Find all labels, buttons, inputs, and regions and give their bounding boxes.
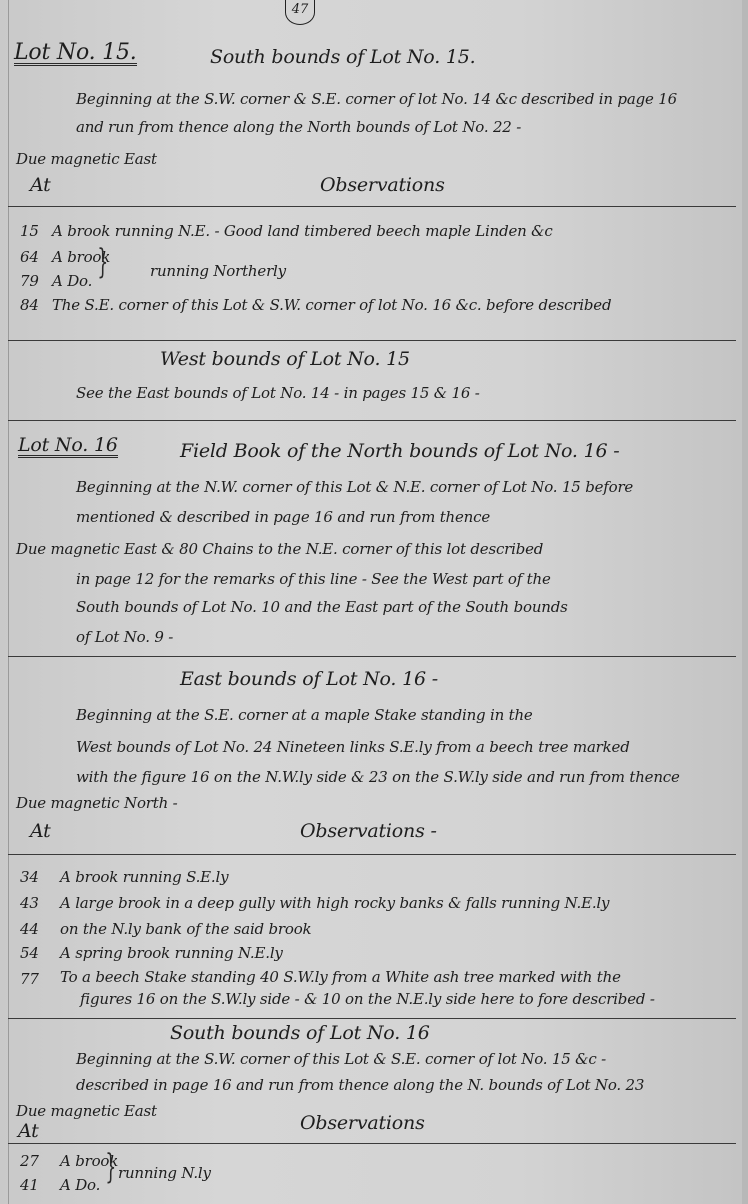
brace-note: running Northerly: [150, 262, 286, 280]
description-line: of Lot No. 9 -: [76, 628, 173, 646]
row-observation: A brook running S.E.ly: [60, 868, 228, 886]
section-title: South bounds of Lot No. 15.: [210, 48, 476, 66]
description-line: Due magnetic East & 80 Chains to the N.E…: [16, 540, 543, 558]
lot-label: Lot No. 15.: [14, 44, 137, 66]
row-at: 54: [20, 944, 39, 962]
row-at: 64: [20, 248, 39, 266]
description-line: Beginning at the S.E. corner at a maple …: [76, 706, 533, 724]
course-label: Due magnetic North -: [16, 794, 177, 812]
row-observation: figures 16 on the S.W.ly side - & 10 on …: [80, 990, 655, 1008]
row-at: 43: [20, 894, 39, 912]
description-line: Beginning at the N.W. corner of this Lot…: [76, 478, 633, 496]
row-at: 27: [20, 1152, 39, 1170]
row-at: 34: [20, 868, 39, 886]
divider: [8, 1018, 736, 1019]
row-observation: A Do.: [60, 1176, 100, 1194]
lot-label: Lot No. 16: [18, 436, 118, 458]
description-line: and run from thence along the North boun…: [76, 118, 521, 136]
description-line: with the figure 16 on the N.W.ly side & …: [76, 768, 680, 786]
column-header-at: At: [30, 822, 51, 840]
course-label: Due magnetic East: [16, 1102, 157, 1120]
column-header-at: At: [18, 1122, 39, 1140]
row-observation: To a beech Stake standing 40 S.W.ly from…: [60, 968, 621, 986]
description-line: See the East bounds of Lot No. 14 - in p…: [76, 384, 480, 402]
description-line: South bounds of Lot No. 10 and the East …: [76, 598, 568, 616]
course-label: Due magnetic East: [16, 150, 157, 168]
row-at: 41: [20, 1176, 39, 1194]
section-title: Field Book of the North bounds of Lot No…: [180, 442, 619, 460]
row-observation: A spring brook running N.E.ly: [60, 944, 283, 962]
column-header-observations: Observations: [300, 1114, 425, 1132]
row-observation: The S.E. corner of this Lot & S.W. corne…: [52, 296, 611, 314]
description-line: Beginning at the S.W. corner & S.E. corn…: [76, 90, 677, 108]
brace-icon: }: [97, 245, 108, 279]
divider: [8, 854, 736, 855]
row-observation: A large brook in a deep gully with high …: [60, 894, 609, 912]
row-at: 44: [20, 920, 39, 938]
row-observation: A brook running N.E. - Good land timbere…: [52, 222, 553, 240]
description-line: described in page 16 and run from thence…: [76, 1076, 644, 1094]
brace-note: running N.ly: [118, 1164, 211, 1182]
row-at: 79: [20, 272, 39, 290]
row-at: 77: [20, 970, 39, 988]
description-line: in page 12 for the remarks of this line …: [76, 570, 551, 588]
divider: [8, 1143, 736, 1144]
row-observation: A Do.: [52, 272, 92, 290]
brace-icon: }: [105, 1150, 116, 1184]
row-at: 15: [20, 222, 39, 240]
section-title: West bounds of Lot No. 15: [160, 350, 410, 368]
column-header-observations: Observations: [320, 176, 445, 194]
description-line: West bounds of Lot No. 24 Nineteen links…: [76, 738, 630, 756]
column-header-observations: Observations -: [300, 822, 437, 840]
section-title: East bounds of Lot No. 16 -: [180, 670, 438, 688]
divider: [8, 206, 736, 207]
description-line: mentioned & described in page 16 and run…: [76, 508, 490, 526]
divider: [8, 420, 736, 421]
description-line: Beginning at the S.W. corner of this Lot…: [76, 1050, 606, 1068]
margin-line: [8, 0, 9, 1204]
divider: [8, 656, 736, 657]
section-title: South bounds of Lot No. 16: [170, 1024, 430, 1042]
page-number: 47: [285, 0, 315, 25]
column-header-at: At: [30, 176, 51, 194]
divider: [8, 340, 736, 341]
manuscript-page: 47 Lot No. 15. South bounds of Lot No. 1…: [0, 0, 742, 1204]
row-observation: on the N.ly bank of the said brook: [60, 920, 311, 938]
row-at: 84: [20, 296, 39, 314]
